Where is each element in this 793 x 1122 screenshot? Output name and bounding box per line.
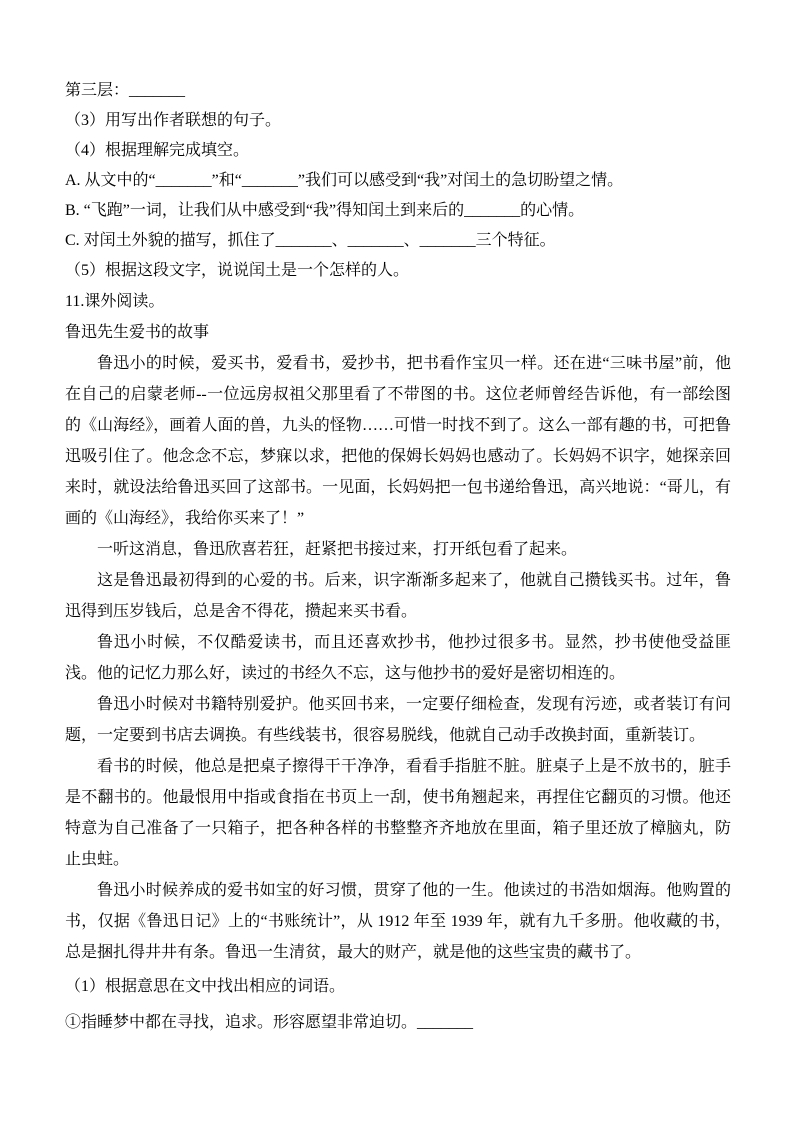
passage-paragraph: 看书的时候，他总是把桌子擦得干干净净，看看手指脏不脏。脏桌子上是不放书的，脏手是… (65, 751, 731, 875)
question-item-3: （3）用写出作者联想的句子。 (65, 106, 731, 136)
option-item-b: B. “飞跑”一词，让我们从中感受到“我”得知闰土到来后的_______的心情。 (65, 196, 731, 226)
section-number: 11.课外阅读。 (65, 286, 731, 317)
document-page: 第三层：_______ （3）用写出作者联想的句子。 （4）根据理解完成填空。 … (0, 0, 793, 1122)
passage-paragraph: 鲁迅小时候对书籍特别爱护。他买回书来，一定要仔细检查，发现有污迹，或者装订有问题… (65, 689, 731, 751)
fill-blank-line: 第三层：_______ (65, 76, 731, 106)
passage-paragraph: 鲁迅小时候养成的爱书如宝的好习惯，贯穿了他的一生。他读过的书浩如烟海。他购置的书… (65, 875, 731, 968)
document-content: 第三层：_______ （3）用写出作者联想的句子。 （4）根据理解完成填空。 … (65, 76, 731, 1038)
definition-item-1: ①指睡梦中都在寻找，追求。形容愿望非常迫切。_______ (65, 1007, 731, 1038)
passage-paragraph: 一听这消息，鲁迅欣喜若狂，赶紧把书接过来，打开纸包看了起来。 (65, 534, 731, 565)
question-item-1: （1）根据意思在文中找出相应的词语。 (65, 972, 731, 1002)
option-item-a: A. 从文中的“_______”和“_______”我们可以感受到“我”对闰土的… (65, 166, 731, 196)
passage-paragraph: 鲁迅小的时候，爱买书，爱看书，爱抄书，把书看作宝贝一样。还在进“三味书屋”前，他… (65, 348, 731, 534)
passage-title: 鲁迅先生爱书的故事 (65, 317, 731, 348)
question-item-5: （5）根据这段文字，说说闰土是一个怎样的人。 (65, 256, 731, 286)
passage-paragraph: 这是鲁迅最初得到的心爱的书。后来，识字渐渐多起来了，他就自己攒钱买书。过年，鲁迅… (65, 565, 731, 627)
option-item-c: C. 对闰土外貌的描写，抓住了_______、_______、_______三个… (65, 226, 731, 256)
passage-paragraph: 鲁迅小时候，不仅酷爱读书，而且还喜欢抄书，他抄过很多书。显然，抄书使他受益匪浅。… (65, 627, 731, 689)
question-item-4: （4）根据理解完成填空。 (65, 136, 731, 166)
